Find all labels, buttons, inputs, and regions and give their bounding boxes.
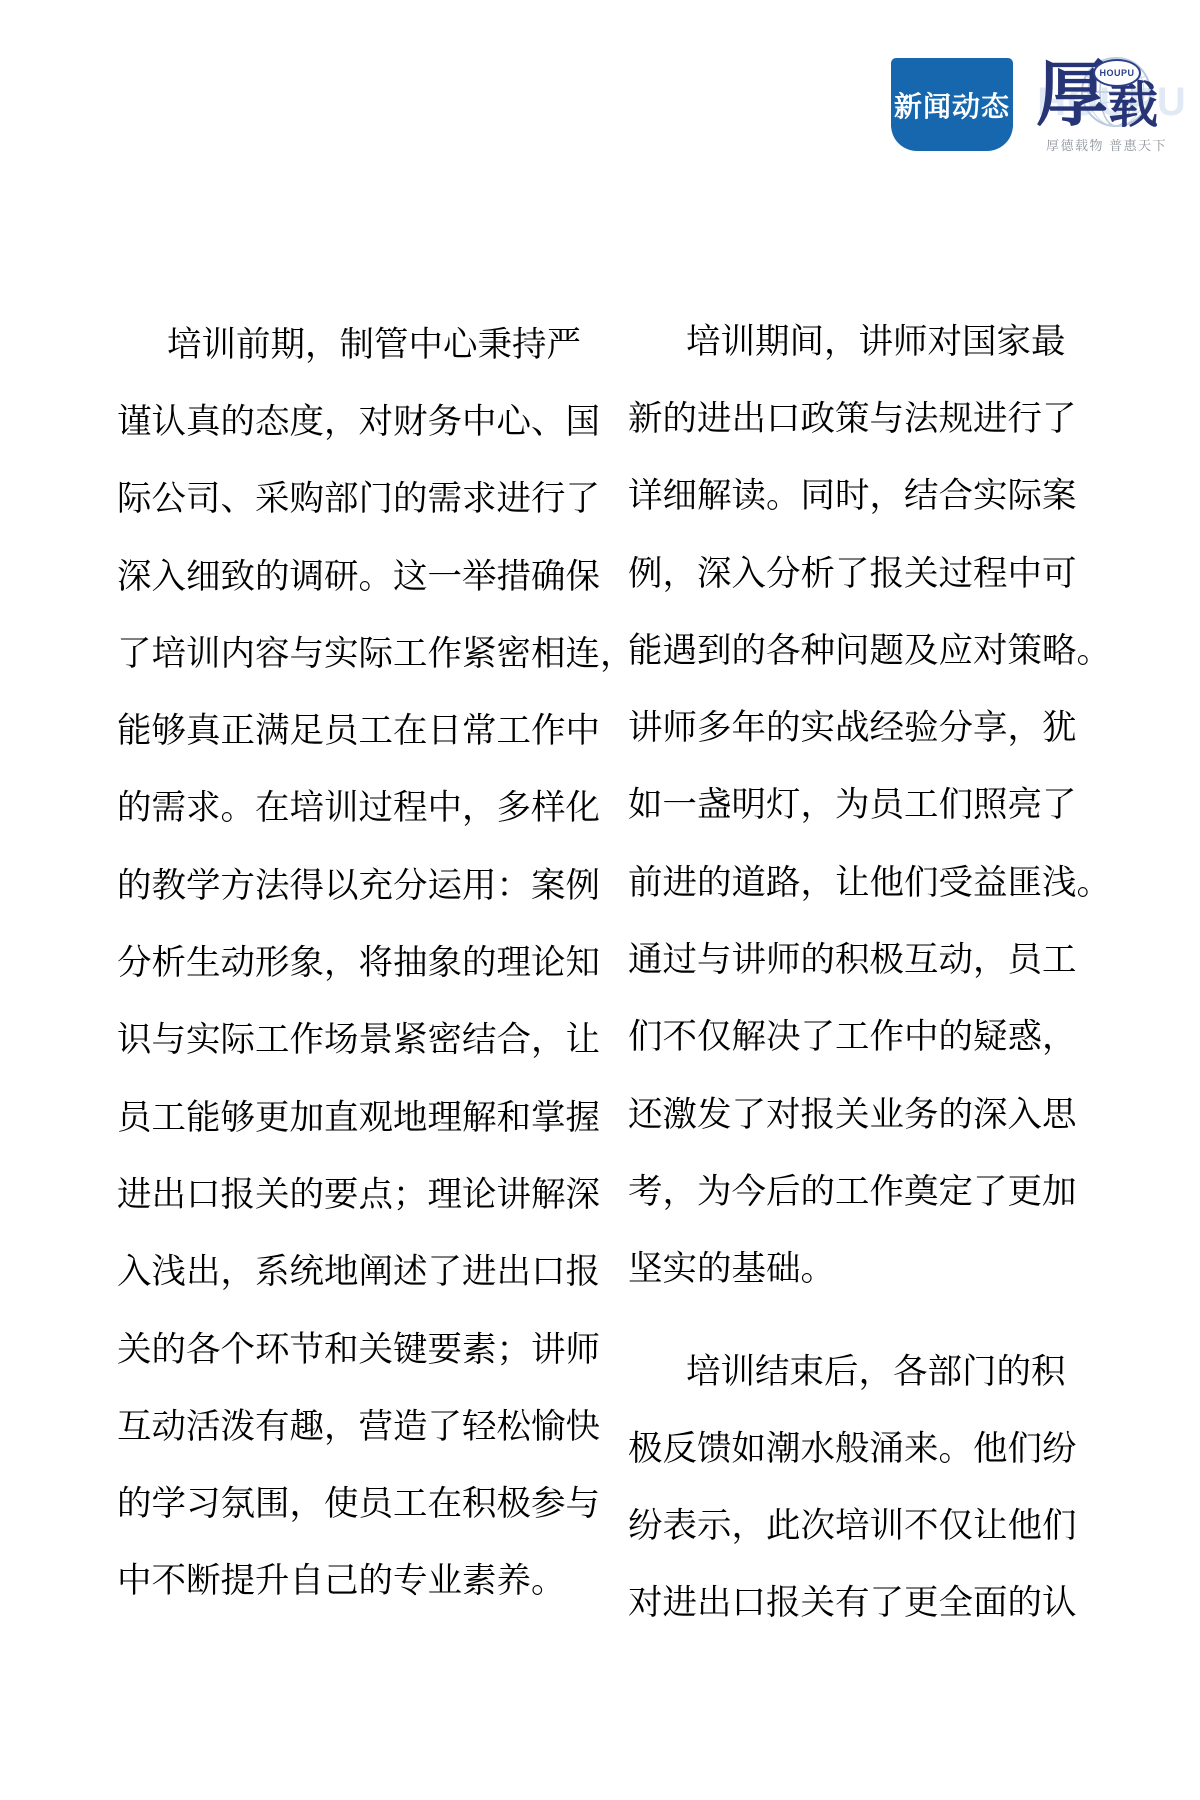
text-line: 了培训内容与实际工作紧密相连， xyxy=(117,611,601,688)
text-line: 培训前期，制管中心秉持严 xyxy=(117,302,601,379)
article-column-right: 培训期间，讲师对国家最新的进出口政策与法规进行了详细解读。同时，结合实际案例，深… xyxy=(628,299,1080,1638)
text-line: 识与实际工作场景紧密结合，让 xyxy=(117,998,601,1075)
text-line: 进出口报关的要点；理论讲解深 xyxy=(117,1152,601,1229)
text-line: 还激发了对报关业务的深入思 xyxy=(628,1072,1080,1149)
houpu-logo: HOUPU 厚 载 HOUPU 厚德载物 普惠天下 xyxy=(1028,52,1193,152)
text-line: 纷表示，此次培训不仅让他们 xyxy=(628,1483,1080,1560)
text-line: 新的进出口政策与法规进行了 xyxy=(628,376,1080,453)
text-line: 培训结束后，各部门的积 xyxy=(628,1329,1080,1406)
text-line: 坚实的基础。 xyxy=(628,1227,1080,1304)
text-line: 中不断提升自己的专业素养。 xyxy=(117,1539,601,1616)
houpu-ellipse-mark: HOUPU xyxy=(1093,59,1141,87)
text-line: 的学习氛围，使员工在积极参与 xyxy=(117,1461,601,1538)
text-line: 的需求。在培训过程中，多样化 xyxy=(117,766,601,843)
text-line: 分析生动形象，将抽象的理论知 xyxy=(117,920,601,997)
text-line: 关的各个环节和关键要素；讲师 xyxy=(117,1307,601,1384)
text-line: 的教学方法得以充分运用：案例 xyxy=(117,843,601,920)
text-line: 通过与讲师的积极互动，员工 xyxy=(628,917,1080,994)
text-line: 培训期间，讲师对国家最 xyxy=(628,299,1080,376)
text-line: 能够真正满足员工在日常工作中 xyxy=(117,688,601,765)
text-line: 能遇到的各种问题及应对策略。 xyxy=(628,608,1080,685)
text-line: 们不仅解决了工作中的疑惑， xyxy=(628,995,1080,1072)
paragraph: 培训结束后，各部门的积极反馈如潮水般涌来。他们纷纷表示，此次培训不仅让他们对进出… xyxy=(628,1329,1080,1638)
text-line: 谨认真的态度，对财务中心、国 xyxy=(117,379,601,456)
text-line: 极反馈如潮水般涌来。他们纷 xyxy=(628,1406,1080,1483)
document-page: 新闻动态 HOUPU 厚 载 HOUPU 厚德载物 普惠天下 培训前期，制管中心… xyxy=(0,0,1200,1800)
text-line: 详细解读。同时，结合实际案 xyxy=(628,454,1080,531)
article-column-left: 培训前期，制管中心秉持严谨认真的态度，对财务中心、国际公司、采购部门的需求进行了… xyxy=(117,302,601,1616)
logo-tagline: 厚德载物 普惠天下 xyxy=(1046,135,1186,154)
text-line: 入浅出，系统地阐述了进出口报 xyxy=(117,1230,601,1307)
text-line: 互动活泼有趣，营造了轻松愉快 xyxy=(117,1384,601,1461)
paragraph: 培训期间，讲师对国家最新的进出口政策与法规进行了详细解读。同时，结合实际案例，深… xyxy=(628,299,1080,1304)
text-line: 深入细致的调研。这一举措确保 xyxy=(117,534,601,611)
paragraph: 培训前期，制管中心秉持严谨认真的态度，对财务中心、国际公司、采购部门的需求进行了… xyxy=(117,302,601,1616)
text-line: 前进的道路，让他们受益匪浅。 xyxy=(628,840,1080,917)
text-line: 际公司、采购部门的需求进行了 xyxy=(117,457,601,534)
text-line: 讲师多年的实战经验分享，犹 xyxy=(628,685,1080,762)
text-line: 例，深入分析了报关过程中可 xyxy=(628,531,1080,608)
text-line: 员工能够更加直观地理解和掌握 xyxy=(117,1075,601,1152)
text-line: 如一盏明灯，为员工们照亮了 xyxy=(628,763,1080,840)
news-section-badge: 新闻动态 xyxy=(891,58,1013,151)
text-line: 考，为今后的工作奠定了更加 xyxy=(628,1149,1080,1226)
text-line: 对进出口报关有了更全面的认 xyxy=(628,1561,1080,1638)
